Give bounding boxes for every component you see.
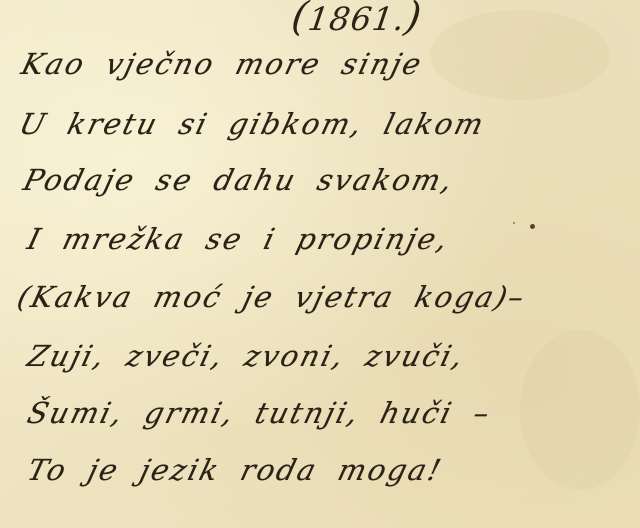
ink-speck bbox=[513, 222, 515, 224]
poem-line-8: To je jezik roda moga! bbox=[24, 453, 446, 487]
heading-year: 1861. bbox=[306, 0, 408, 38]
year-heading: (1861.) bbox=[289, 0, 425, 40]
heading-close-paren: ) bbox=[402, 0, 425, 40]
poem-line-5: (Kakva moć je vjetra koga)– bbox=[14, 280, 530, 314]
poem-line-3: Podaje se dahu svakom, bbox=[20, 163, 458, 197]
ink-blot bbox=[530, 224, 535, 229]
poem-line-4: I mrežka se i propinje, bbox=[24, 222, 453, 256]
poem-line-7: Šumi, grmi, tutnji, huči – bbox=[24, 396, 495, 430]
paper-stain bbox=[430, 10, 610, 100]
poem-line-1: Kao vječno more sinje bbox=[18, 47, 427, 81]
manuscript-page: (1861.) Kao vječno more sinje U kretu si… bbox=[0, 0, 640, 528]
paper-stain bbox=[520, 330, 640, 490]
poem-line-6: Zuji, zveči, zvoni, zvuči, bbox=[24, 339, 469, 373]
poem-line-2: U kretu si gibkom, lakom bbox=[16, 107, 489, 141]
